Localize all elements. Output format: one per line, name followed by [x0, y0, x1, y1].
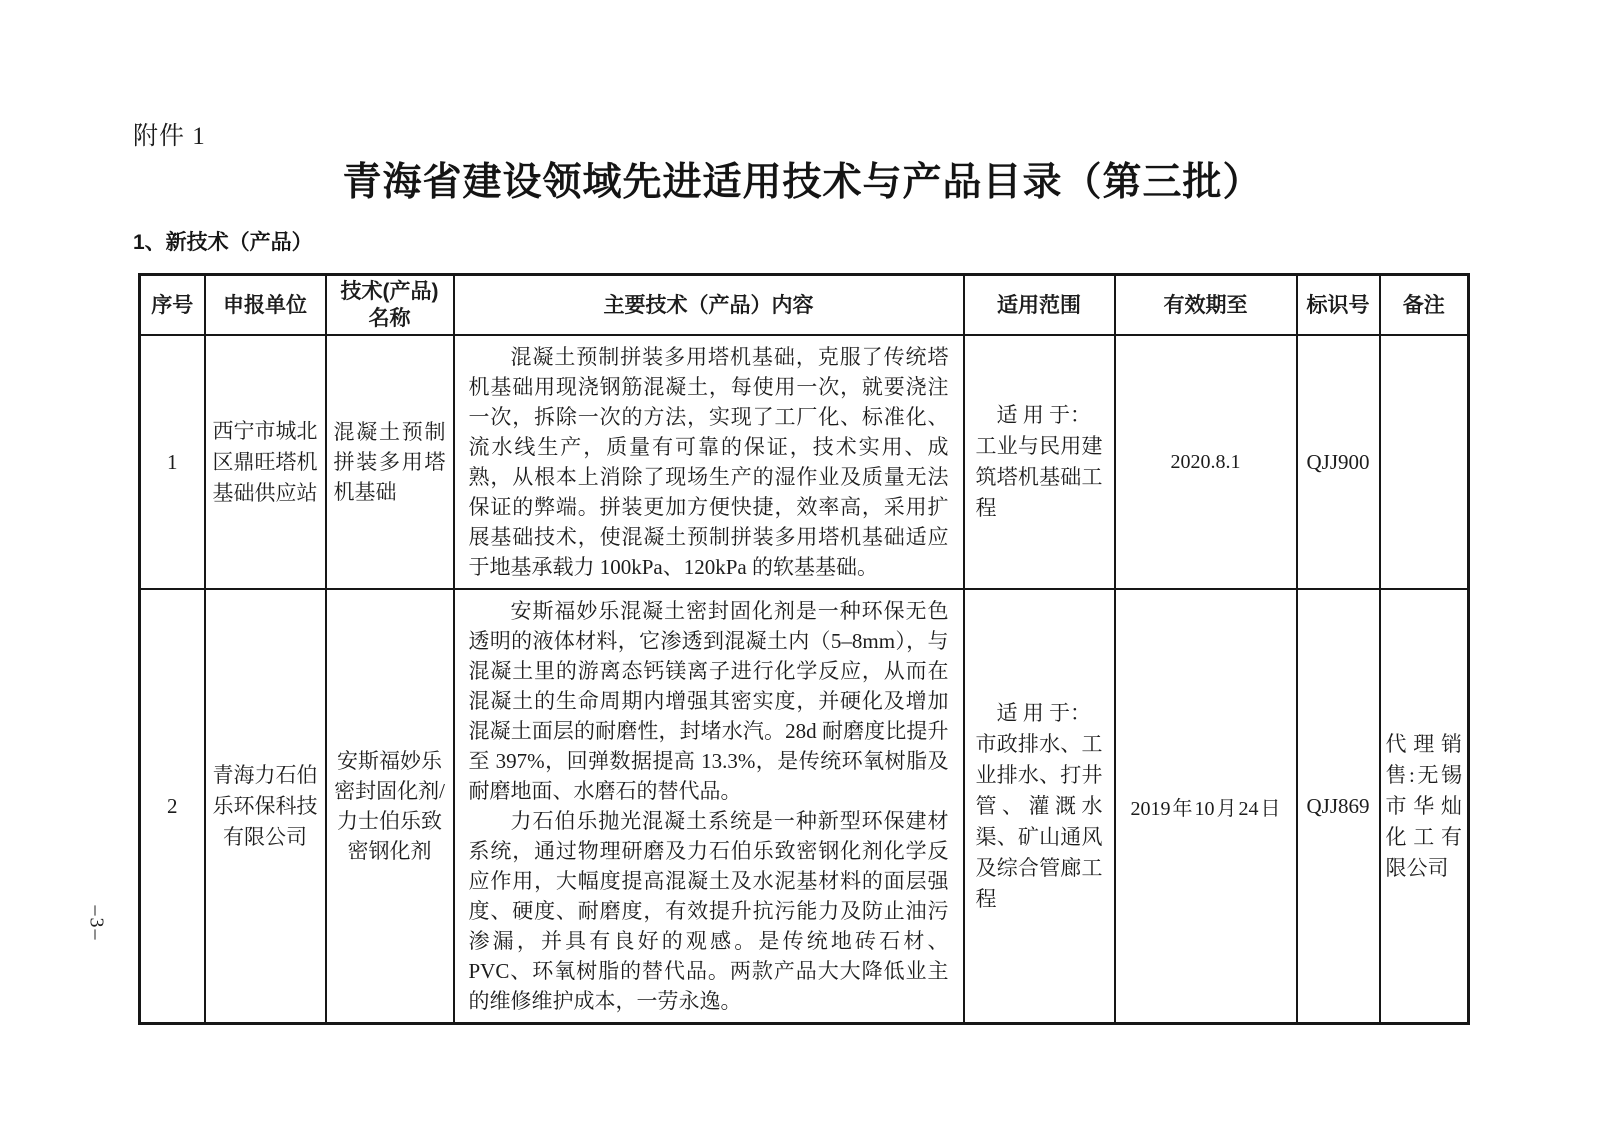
- scope-body: 市政排水、工业排水、打井管、灌溉水渠、矿山通风及综合管廊工程: [976, 729, 1103, 915]
- cell-unit: 青海力石伯乐环保科技有限公司: [205, 589, 326, 1024]
- col-header-index: 序号: [140, 275, 205, 336]
- scope-intro: 适 用 于：: [976, 400, 1103, 431]
- cell-id-number: QJJ900: [1297, 335, 1380, 589]
- content-paragraph: 安斯福妙乐混凝土密封固化剂是一种环保无色透明的液体材料，它渗透到混凝土内（5–8…: [469, 596, 949, 806]
- cell-id-number: QJJ869: [1297, 589, 1380, 1024]
- page-number: –3–: [85, 900, 108, 948]
- col-header-valid-until: 有效期至: [1115, 275, 1297, 336]
- scope-body: 工业与民用建筑塔机基础工程: [976, 431, 1103, 524]
- col-header-content: 主要技术（产品）内容: [454, 275, 964, 336]
- header-row: 序号 申报单位 技术(产品)名称 主要技术（产品）内容 适用范围 有效期至 标识…: [140, 275, 1469, 336]
- table-row: 2 青海力石伯乐环保科技有限公司 安斯福妙乐密封固化剂/力士伯乐致密钢化剂 安斯…: [140, 589, 1469, 1024]
- col-header-scope: 适用范围: [964, 275, 1115, 336]
- cell-product-name: 混凝土预制拼装多用塔机基础: [326, 335, 454, 589]
- section-heading: 1、新技术（产品）: [133, 230, 313, 256]
- cell-unit: 西宁市城北区鼎旺塔机基础供应站: [205, 335, 326, 589]
- cell-content: 混凝土预制拼装多用塔机基础，克服了传统塔机基础用现浇钢筋混凝土，每使用一次，就要…: [454, 335, 964, 589]
- cell-index: 1: [140, 335, 205, 589]
- cell-scope: 适 用 于： 市政排水、工业排水、打井管、灌溉水渠、矿山通风及综合管廊工程: [964, 589, 1115, 1024]
- cell-product-name: 安斯福妙乐密封固化剂/力士伯乐致密钢化剂: [326, 589, 454, 1024]
- table-row: 1 西宁市城北区鼎旺塔机基础供应站 混凝土预制拼装多用塔机基础 混凝土预制拼装多…: [140, 335, 1469, 589]
- attachment-label: 附件 1: [133, 121, 206, 153]
- cell-index: 2: [140, 589, 205, 1024]
- cell-valid-until: 2019 年 10 月 24 日: [1115, 589, 1297, 1024]
- catalog-table: 序号 申报单位 技术(产品)名称 主要技术（产品）内容 适用范围 有效期至 标识…: [138, 273, 1470, 1025]
- cell-content: 安斯福妙乐混凝土密封固化剂是一种环保无色透明的液体材料，它渗透到混凝土内（5–8…: [454, 589, 964, 1024]
- document-page: 附件 1 青海省建设领域先进适用技术与产品目录（第三批） 1、新技术（产品） –…: [0, 0, 1600, 1131]
- cell-note: [1380, 335, 1469, 589]
- content-paragraph: 力石伯乐抛光混凝土系统是一种新型环保建材系统，通过物理研磨及力石伯乐致密钢化剂化…: [469, 806, 949, 1016]
- cell-note: 代理销售:无锡市华灿化工有限公司: [1380, 589, 1469, 1024]
- cell-valid-until: 2020.8.1: [1115, 335, 1297, 589]
- col-header-id-number: 标识号: [1297, 275, 1380, 336]
- col-header-note: 备注: [1380, 275, 1469, 336]
- content-paragraph: 混凝土预制拼装多用塔机基础，克服了传统塔机基础用现浇钢筋混凝土，每使用一次，就要…: [469, 342, 949, 582]
- page-title: 青海省建设领域先进适用技术与产品目录（第三批）: [138, 158, 1467, 208]
- col-header-product-name: 技术(产品)名称: [326, 275, 454, 336]
- cell-scope: 适 用 于： 工业与民用建筑塔机基础工程: [964, 335, 1115, 589]
- scope-intro: 适 用 于：: [976, 698, 1103, 729]
- col-header-unit: 申报单位: [205, 275, 326, 336]
